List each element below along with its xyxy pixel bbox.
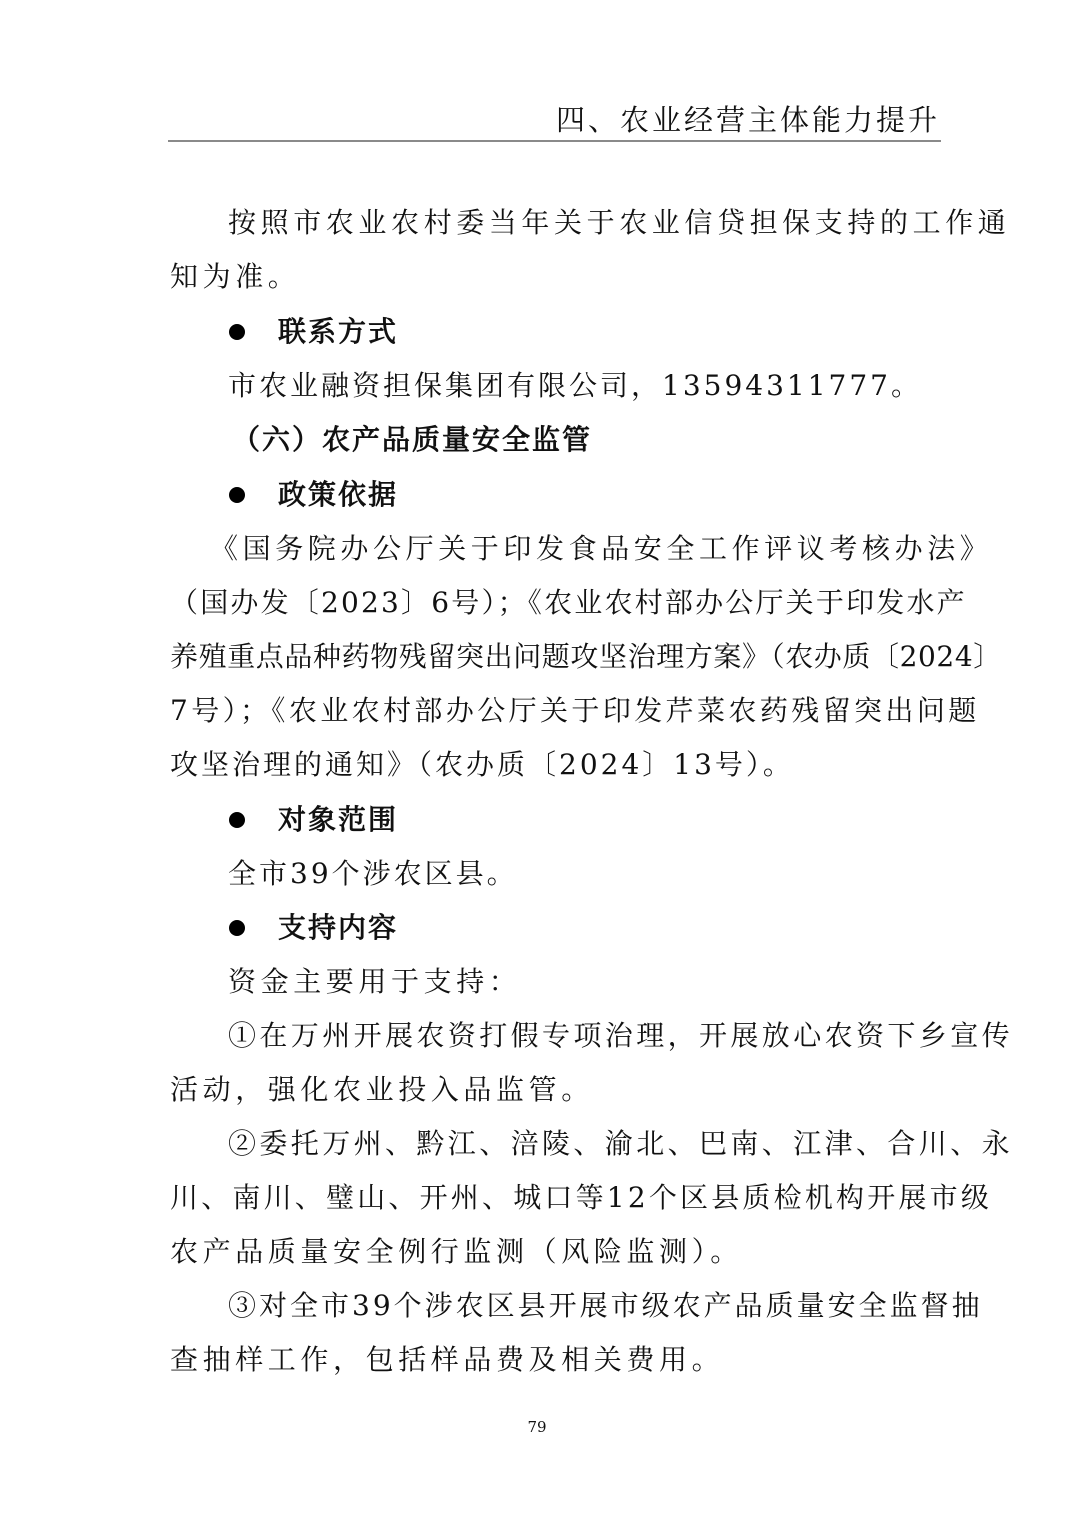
paragraph-line: 攻坚治理的通知》（农办质〔2024〕13号）。 <box>170 745 794 785</box>
paragraph-line: 全市39个涉农区县。 <box>228 854 518 894</box>
header-divider <box>168 140 941 142</box>
heading-scope: 对象范围 <box>278 800 398 840</box>
paragraph-line: ③对全市39个涉农区县开展市级农产品质量安全监督抽 <box>228 1286 983 1326</box>
paragraph-line: 市农业融资担保集团有限公司，13594311777。 <box>228 366 922 406</box>
page-number: 79 <box>0 1418 1074 1436</box>
paragraph-line: 资金主要用于支持： <box>228 962 521 1002</box>
page-header-title: 四、农业经营主体能力提升 <box>556 98 940 139</box>
paragraph-line: 《国务院办公厅关于印发食品安全工作评议考核办法》 <box>210 529 992 569</box>
bullet-icon <box>229 487 245 503</box>
bullet-icon <box>229 812 245 828</box>
paragraph-line: 活动，强化农业投入品监管。 <box>170 1070 594 1110</box>
bullet-icon <box>229 324 245 340</box>
paragraph-line: 7号）；《农业农村部办公厅关于印发芹菜农药残留突出问题 <box>170 691 980 731</box>
section-heading: （六）农产品质量安全监管 <box>232 420 592 460</box>
paragraph-line: 知为准。 <box>170 257 300 297</box>
heading-support: 支持内容 <box>278 908 398 948</box>
paragraph-line: 养殖重点品种药物残留突出问题攻坚治理方案》（农办质〔2024〕 <box>170 637 1002 677</box>
paragraph-line: ①在万州开展农资打假专项治理，开展放心农资下乡宣传 <box>228 1016 1013 1056</box>
paragraph-line: 川、南川、璧山、开州、城口等12个区县质检机构开展市级 <box>170 1178 992 1218</box>
heading-contact: 联系方式 <box>278 312 398 352</box>
heading-policy: 政策依据 <box>278 475 398 515</box>
paragraph-line: ②委托万州、黔江、涪陵、渝北、巴南、江津、合川、永 <box>228 1124 1013 1164</box>
paragraph-line: 按照市农业农村委当年关于农业信贷担保支持的工作通 <box>228 203 1010 243</box>
paragraph-line: 农产品质量安全例行监测（风险监测）。 <box>170 1232 743 1272</box>
paragraph-line: （国办发〔2023〕6号）；《农业农村部办公厅关于印发水产 <box>170 583 967 623</box>
paragraph-line: 查抽样工作，包括样品费及相关费用。 <box>170 1340 724 1380</box>
bullet-icon <box>229 920 245 936</box>
